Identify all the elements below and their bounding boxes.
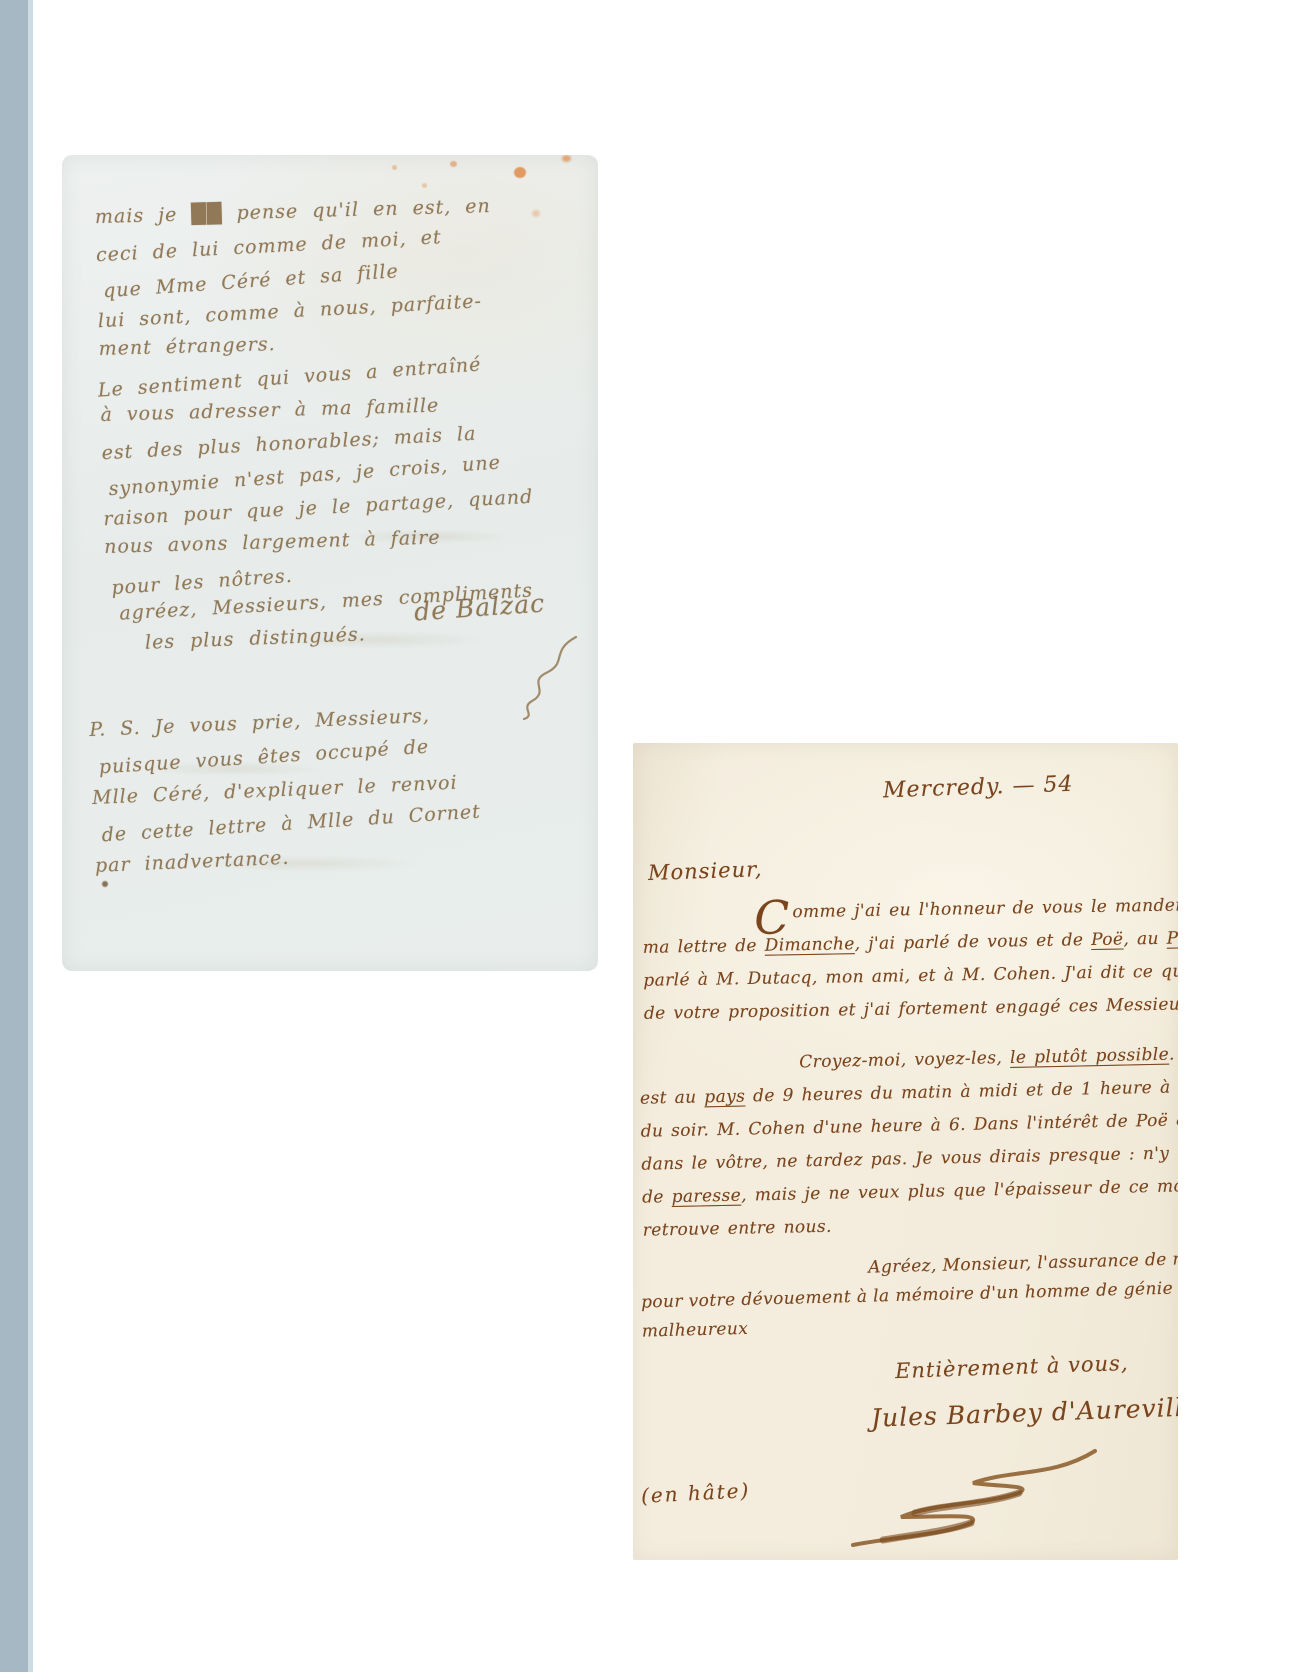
balzac-letter-body: mais je ██ pense qu'il en est, enceci de… bbox=[95, 189, 536, 597]
letter-valediction: Entièrement à vous, bbox=[895, 1351, 1129, 1383]
barbey-aurevilly-letter-scan: Mercredy. — 54 Monsieur, Comme j'ai eu l… bbox=[633, 743, 1178, 1560]
barbey-signature: Jules Barbey d'Aurevilly bbox=[871, 1392, 1178, 1432]
balzac-letter-postscript: P. S. Je vous prie, Messieurs,puisque vo… bbox=[89, 697, 476, 883]
balzac-letter-scan: mais je ██ pense qu'il en est, enceci de… bbox=[62, 155, 598, 971]
letter-paragraph-1: Comme j'ai eu l'honneur de vous le mande… bbox=[642, 887, 1178, 1031]
barbey-signature-flourish bbox=[823, 1443, 1113, 1553]
left-accent-bar-edge bbox=[28, 0, 33, 1672]
left-accent-bar bbox=[0, 0, 28, 1672]
foxing-spot bbox=[392, 165, 397, 170]
foxing-spot bbox=[562, 155, 571, 162]
foxing-spot bbox=[532, 210, 540, 217]
letter-date: Mercredy. — 54 bbox=[883, 772, 1074, 804]
letter-paragraph-2: Croyez-moi, voyez-les, le plutôt possibl… bbox=[639, 1036, 1178, 1247]
catalog-page: mais je ██ pense qu'il en est, enceci de… bbox=[0, 0, 1301, 1672]
en-hate-note: (en hâte) bbox=[640, 1478, 750, 1508]
balzac-signature-flourish bbox=[480, 633, 590, 723]
letter-closing: Agréez, Monsieur, l'assurance de ma symp… bbox=[640, 1242, 1178, 1346]
foxing-spot bbox=[422, 183, 427, 188]
foxing-spot bbox=[450, 161, 457, 167]
letter-salutation: Monsieur, bbox=[648, 857, 763, 885]
foxing-spot bbox=[514, 167, 526, 178]
